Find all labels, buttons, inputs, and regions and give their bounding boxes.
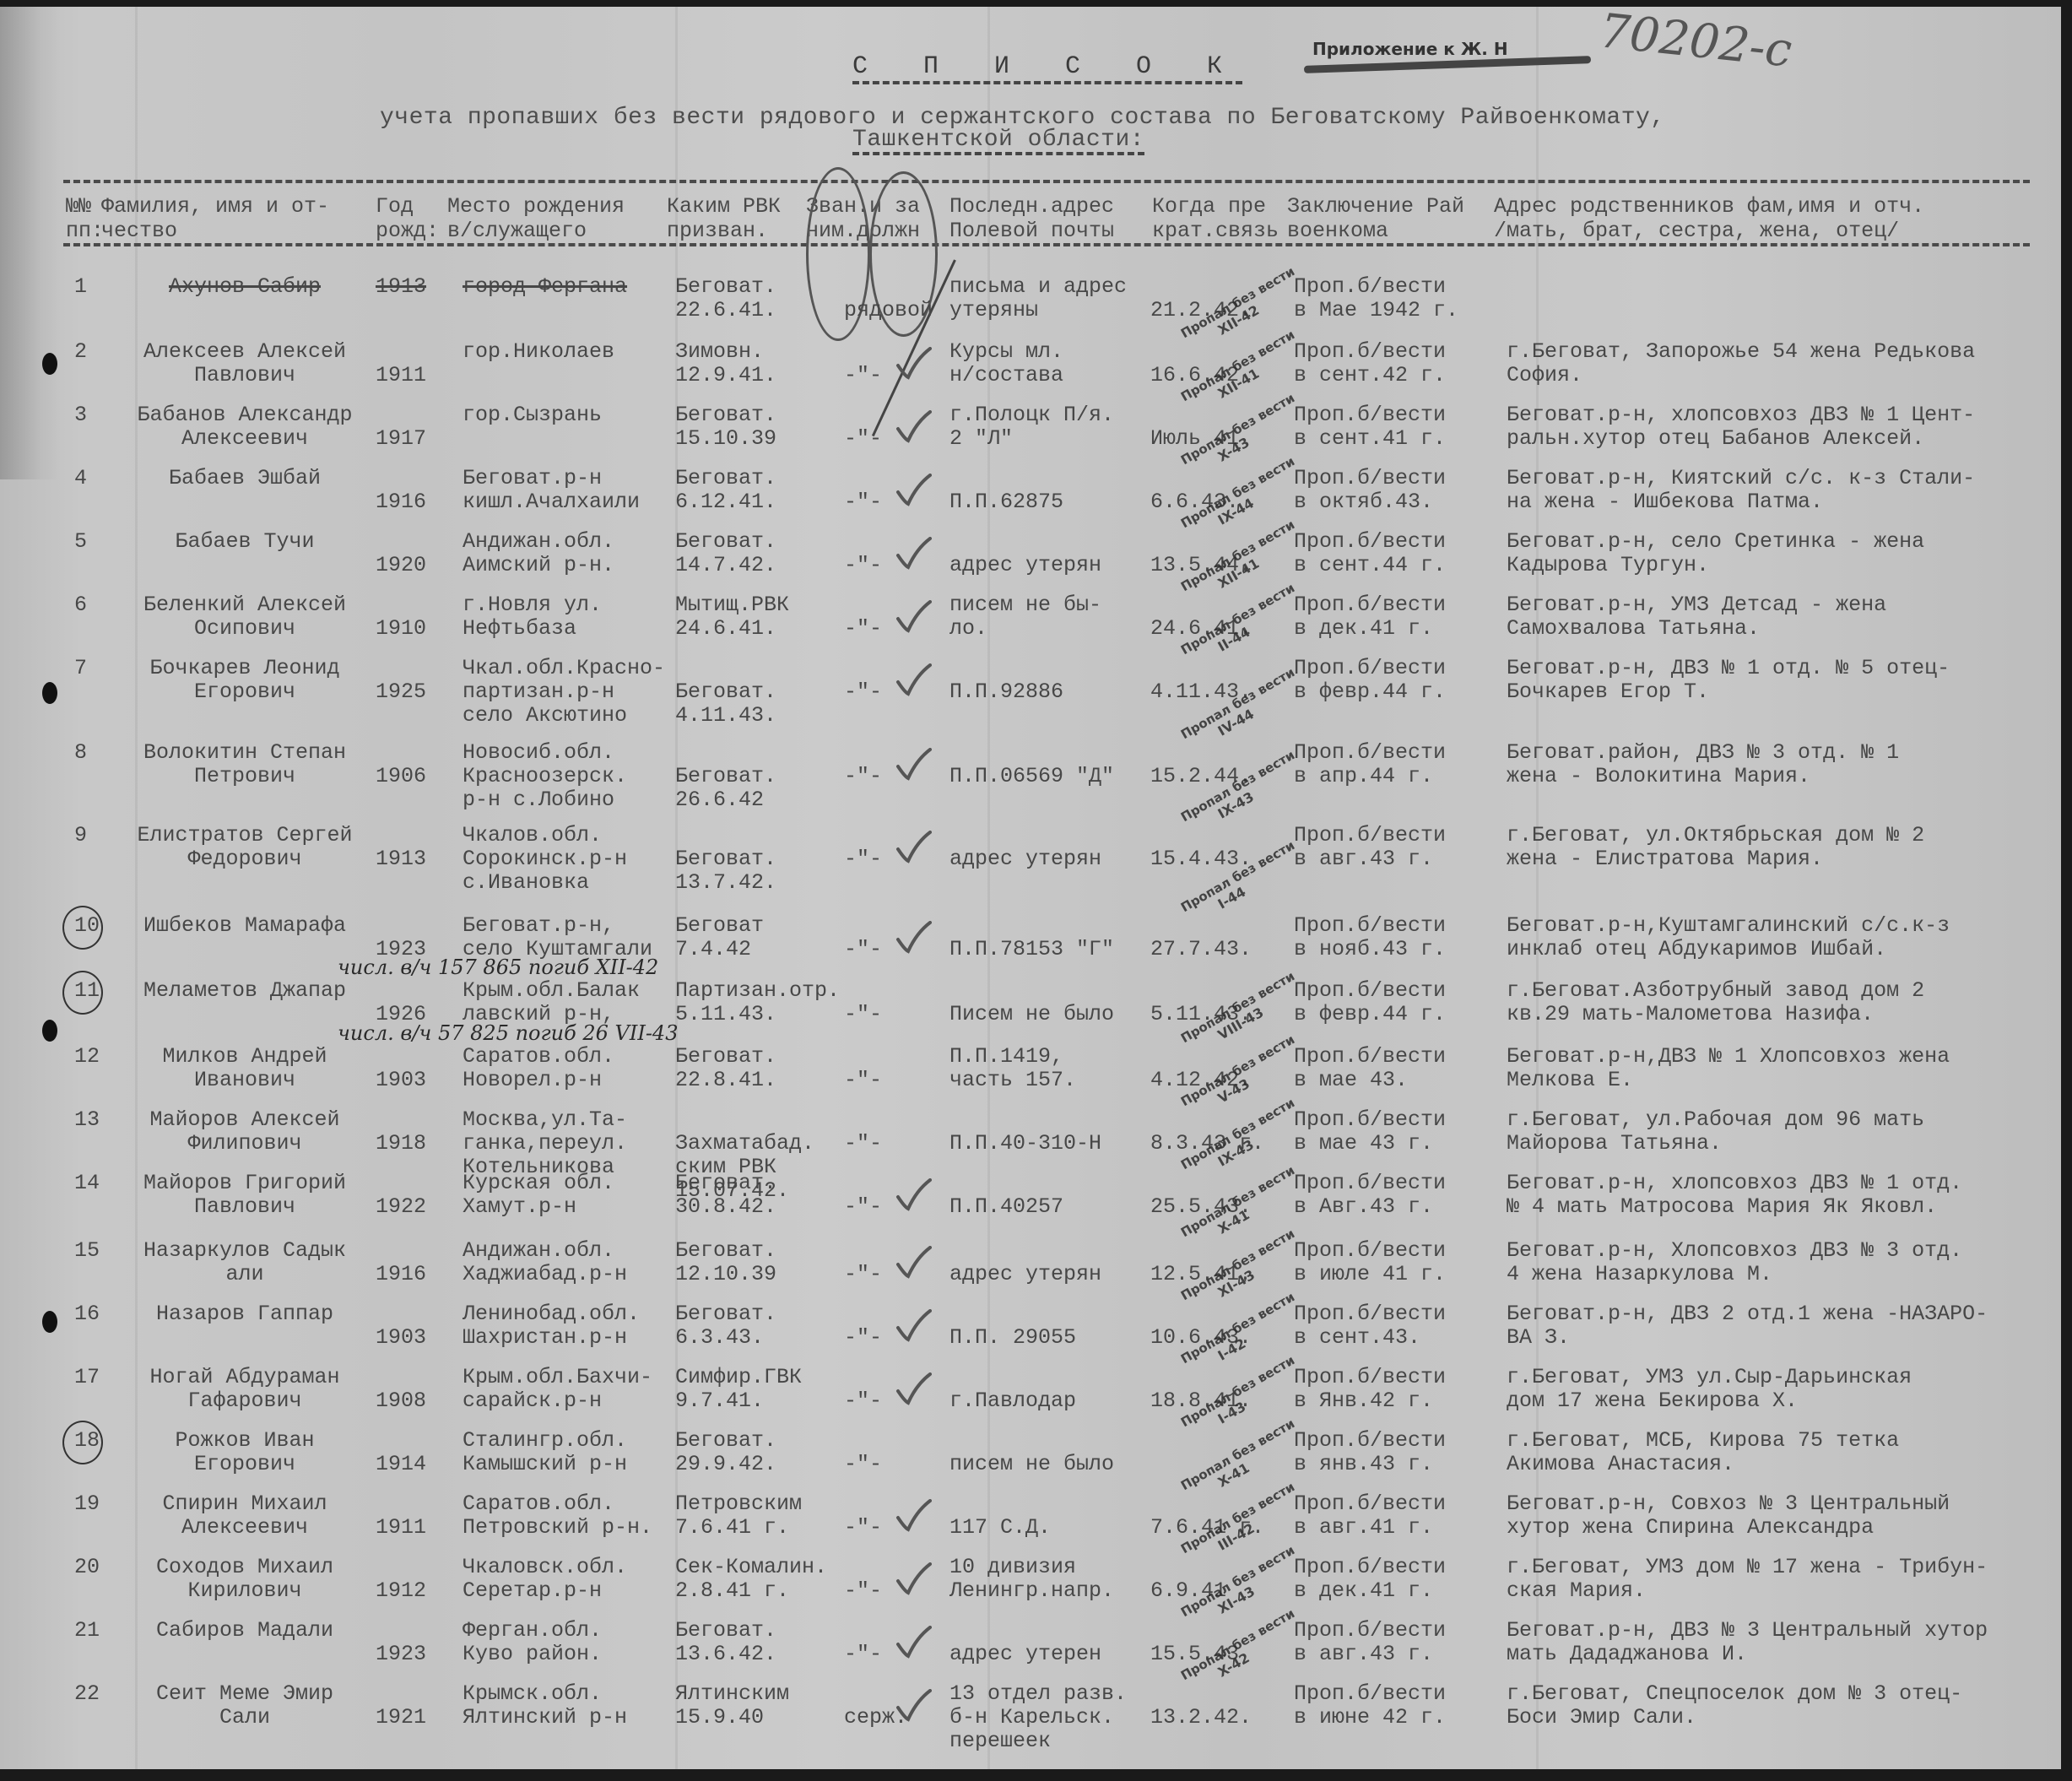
header-conclusion: Заключение Рай военкома bbox=[1287, 194, 1464, 243]
cell-birthplace: Крымск.обл. Ялтинский р-н bbox=[463, 1682, 627, 1730]
cell-year: 1914 bbox=[376, 1453, 426, 1476]
punch-hole bbox=[42, 1311, 57, 1333]
cell-last-address: П.П.40-310-Н bbox=[949, 1132, 1101, 1156]
cell-last-address: г.Полоцк П/я. 2 "Л" bbox=[949, 403, 1114, 451]
cell-birthplace: Крым.обл.Балак лавский р-н, bbox=[463, 979, 640, 1026]
checkmark-icon bbox=[895, 474, 932, 507]
cell-name: Сабиров Мадали bbox=[118, 1619, 371, 1643]
checkmark-icon bbox=[895, 1626, 932, 1659]
cell-year: 1920 bbox=[376, 554, 426, 577]
document-page: Приложение к Ж. Н 70202-с С П И С О К уч… bbox=[0, 7, 2061, 1769]
cell-year: 1918 bbox=[376, 1132, 426, 1156]
cell-year: 1903 bbox=[376, 1326, 426, 1350]
cell-last-address: П.П.1419, часть 157. bbox=[949, 1045, 1076, 1092]
cell-last-address: г.Павлодар bbox=[949, 1389, 1076, 1413]
cell-num: 15 bbox=[74, 1239, 100, 1263]
header-num: №№ пп: bbox=[66, 194, 104, 243]
cell-rvk: Беговат. 30.8.42. bbox=[675, 1172, 776, 1219]
cell-conclusion: Проп.б/вести в авг.41 г. bbox=[1294, 1492, 1446, 1540]
cell-rank: -"- bbox=[844, 847, 882, 871]
cell-rvk: Беговат. 6.12.41. bbox=[675, 467, 776, 514]
cell-last-address: 10 дивизия Ленингр.напр. bbox=[949, 1556, 1114, 1603]
row-number-circle bbox=[62, 1421, 103, 1464]
cell-name: Спирин Михаил Алексеевич bbox=[118, 1492, 371, 1540]
missing-stamp: Пропал без вестиIX-43 bbox=[1178, 747, 1306, 838]
cell-rvk: Беговат. 15.10.39 bbox=[675, 403, 776, 451]
cell-name: Алексеев Алексей Павлович bbox=[118, 340, 371, 387]
cell-year: 1923 bbox=[376, 1643, 426, 1666]
cell-rvk: Зимовн. 12.9.41. bbox=[675, 340, 776, 387]
cell-name: Меламетов Джапар bbox=[118, 979, 371, 1003]
cell-num: 16 bbox=[74, 1302, 100, 1326]
cell-birthplace: гор.Николаев bbox=[463, 340, 614, 364]
cell-last-address: письма и адрес утеряны bbox=[949, 275, 1127, 322]
cell-rvk: Беговат. 29.9.42. bbox=[675, 1429, 776, 1476]
checkmark-icon bbox=[895, 1499, 932, 1533]
checkmark-icon bbox=[895, 748, 932, 782]
cell-last-address: адрес утерян bbox=[949, 554, 1101, 577]
cell-rank: -"- bbox=[844, 765, 882, 788]
checkmark-icon bbox=[895, 537, 932, 571]
cell-name: Бабанов Александр Алексеевич bbox=[118, 403, 371, 451]
cell-relatives: Беговат.р-н, село Сретинка - жена Кадыро… bbox=[1507, 530, 1924, 577]
header-last-address: Последн.адрес Полевой почты bbox=[949, 194, 1114, 243]
checkmark-icon bbox=[895, 921, 932, 955]
cell-rank: -"- bbox=[844, 938, 882, 961]
cell-last-address: П.П.40257 bbox=[949, 1195, 1063, 1219]
cell-last-address: 13 отдел разв. б-н Карельск. перешеек bbox=[949, 1682, 1127, 1753]
cell-year: 1917 bbox=[376, 427, 426, 451]
cell-name: Ишбеков Мамарафа bbox=[118, 914, 371, 938]
cell-conclusion: Проп.б/вести в авг.43 г. bbox=[1294, 824, 1446, 871]
cell-last-address: П.П.78153 "Г" bbox=[949, 938, 1114, 961]
cell-rvk: Беговат. 6.3.43. bbox=[675, 1302, 776, 1350]
cell-relatives: Беговат.район, ДВЗ № 3 отд. № 1 жена - В… bbox=[1507, 741, 1899, 788]
cell-year: 1911 bbox=[376, 1516, 426, 1540]
cell-rank: -"- bbox=[844, 617, 882, 641]
cell-birthplace: Чкал.обл.Красно- партизан.р-н село Аксют… bbox=[463, 657, 665, 728]
cell-conclusion: Проп.б/вести в сент.44 г. bbox=[1294, 530, 1446, 577]
cell-name: Бочкарев Леонид Егорович bbox=[118, 657, 371, 704]
header-name: Фамилия, имя и от- чество bbox=[101, 194, 329, 243]
checkmark-icon bbox=[895, 1689, 932, 1723]
cell-num: 2 bbox=[74, 340, 87, 364]
header-rule-bottom bbox=[63, 243, 2030, 246]
cell-name: Бабаев Тучи bbox=[118, 530, 371, 554]
cell-rvk: Беговат. 22.6.41. bbox=[675, 275, 776, 322]
cell-rank: рядовой bbox=[844, 299, 933, 322]
cell-conclusion: Проп.б/вести в июле 41 г. bbox=[1294, 1239, 1446, 1286]
cell-relatives: г.Беговат, Запорожье 54 жена Редькова Со… bbox=[1507, 340, 1975, 387]
cell-relatives: г.Беговат, УМЗ дом № 17 жена - Трибун- с… bbox=[1507, 1556, 1988, 1603]
cell-year: 1908 bbox=[376, 1389, 426, 1413]
cell-birthplace: Ферган.обл. Куво район. bbox=[463, 1619, 602, 1666]
cell-birthplace: Беговат.р-н кишл.Ачалхаили bbox=[463, 467, 640, 514]
cell-year: 1925 bbox=[376, 680, 426, 704]
cell-year: 1916 bbox=[376, 1263, 426, 1286]
checkmark-icon bbox=[895, 663, 932, 697]
checkmark-icon bbox=[895, 831, 932, 864]
cell-name: Сеит Меме Эмир Сали bbox=[118, 1682, 371, 1730]
cell-year: 1910 bbox=[376, 617, 426, 641]
cell-num: 14 bbox=[74, 1172, 100, 1195]
cell-relatives: г.Беговат, Спецпоселок дом № 3 отец- Бос… bbox=[1507, 1682, 1962, 1730]
cell-year: 1912 bbox=[376, 1579, 426, 1603]
cell-rvk: Беговат. 12.10.39 bbox=[675, 1239, 776, 1286]
cell-name: Майоров Алексей Филипович bbox=[118, 1108, 371, 1156]
cell-rank: -"- bbox=[844, 1195, 882, 1219]
row-number-circle bbox=[62, 971, 103, 1015]
cell-relatives: Беговат.р-н,Куштамгалинский с/с.к-з инкл… bbox=[1507, 914, 1950, 961]
cell-rank: -"- bbox=[844, 364, 882, 387]
cell-rvk: Беговат. 4.11.43. bbox=[675, 680, 776, 728]
cell-birthplace: Сталингр.обл. Камышский р-н bbox=[463, 1429, 627, 1476]
cell-name: Беленкий Алексей Осипович bbox=[118, 593, 371, 641]
cell-conclusion: Проп.б/вести в мае 43. bbox=[1294, 1045, 1446, 1092]
cell-num: 19 bbox=[74, 1492, 100, 1516]
cell-num: 12 bbox=[74, 1045, 100, 1069]
cell-rvk: Симфир.ГВК 9.7.41. bbox=[675, 1366, 802, 1413]
cell-relatives: г.Беговат, УМЗ ул.Сыр-Дарьинская дом 17 … bbox=[1507, 1366, 1912, 1413]
cell-conclusion: Проп.б/вести в сент.43. bbox=[1294, 1302, 1446, 1350]
punch-hole bbox=[42, 682, 57, 704]
header-year: Год рожд: bbox=[376, 194, 439, 243]
cell-conclusion: Проп.б/вести в сент.41 г. bbox=[1294, 403, 1446, 451]
cell-last-address: писем не бы- ло. bbox=[949, 593, 1101, 641]
cell-birthplace: Чкаловск.обл. Серетар.р-н bbox=[463, 1556, 627, 1603]
cell-rank: -"- bbox=[844, 1453, 882, 1476]
cell-birthplace: гор.Сызрань bbox=[463, 403, 602, 427]
cell-conclusion: Проп.б/вести в октяб.43. bbox=[1294, 467, 1446, 514]
cell-rvk: Партизан.отр. 5.11.43. bbox=[675, 979, 840, 1026]
cell-rank: -"- bbox=[844, 680, 882, 704]
cell-conclusion: Проп.б/вести в февр.44 г. bbox=[1294, 657, 1446, 704]
cell-num: 4 bbox=[74, 467, 87, 490]
cell-rvk: Сек-Комалин. 2.8.41 г. bbox=[675, 1556, 827, 1603]
handwritten-note: числ. в/ч 157 865 погиб XII-42 bbox=[338, 955, 658, 979]
cell-last-address: 117 С.Д. bbox=[949, 1516, 1051, 1540]
cell-relatives: г.Беговат, ул.Октябрьская дом № 2 жена -… bbox=[1507, 824, 1924, 871]
cell-rank: -"- bbox=[844, 1516, 882, 1540]
cell-last-address: Писем не было bbox=[949, 1003, 1114, 1026]
checkmark-icon bbox=[895, 1372, 932, 1406]
cell-rank: -"- bbox=[844, 1579, 882, 1603]
cell-rvk: Беговат. 13.6.42. bbox=[675, 1619, 776, 1666]
cell-conclusion: Проп.б/вести в нояб.43 г. bbox=[1294, 914, 1446, 961]
cell-name: Майоров Григорий Павлович bbox=[118, 1172, 371, 1219]
cell-year: 1906 bbox=[376, 765, 426, 788]
cell-rvk: Беговат. 13.7.42. bbox=[675, 847, 776, 895]
cell-birthplace: Чкалов.обл. Сорокинск.р-н с.Ивановка bbox=[463, 824, 627, 895]
cell-name: Назаркулов Садык али bbox=[118, 1239, 371, 1286]
cell-last-address: адрес утерян bbox=[949, 1263, 1101, 1286]
cell-name: Волокитин Степан Петрович bbox=[118, 741, 371, 788]
cell-relatives: Беговат.р-н, ДВЗ 2 отд.1 жена -НАЗАРО- В… bbox=[1507, 1302, 1988, 1350]
cell-year: 1922 bbox=[376, 1195, 426, 1219]
cell-last-address: П.П.92886 bbox=[949, 680, 1063, 704]
cell-year: 1913 bbox=[376, 847, 426, 871]
cell-conclusion: Проп.б/вести в дек.41 г. bbox=[1294, 1556, 1446, 1603]
cell-birthplace: Ленинобад.обл. Шахристан.р-н bbox=[463, 1302, 640, 1350]
cell-last-address: адрес утерен bbox=[949, 1643, 1101, 1666]
cell-rvk: Беговат 7.4.42 bbox=[675, 914, 764, 961]
punch-hole bbox=[42, 1020, 57, 1042]
cell-relatives: Беговат.р-н, УМЗ Детсад - жена Самохвало… bbox=[1507, 593, 1886, 641]
document-region: Ташкентской области: bbox=[852, 127, 1144, 155]
cell-birthplace: Курская обл. Хамут.р-н bbox=[463, 1172, 614, 1219]
cell-conclusion: Проп.б/вести в апр.44 г. bbox=[1294, 741, 1446, 788]
cell-num: 17 bbox=[74, 1366, 100, 1389]
header-relatives: Адрес родственников фам,имя и отч. /мать… bbox=[1494, 194, 1924, 243]
cell-year: 1916 bbox=[376, 490, 426, 514]
cell-rvk: Беговат. 26.6.42 bbox=[675, 765, 776, 812]
cell-birthplace: г.Новля ул. Нефтьбаза bbox=[463, 593, 602, 641]
cell-birthplace: город Фергана bbox=[463, 275, 627, 299]
cell-rvk: Беговат. 22.8.41. bbox=[675, 1045, 776, 1092]
cell-relatives: Беговат.р-н, хлопсовхоз ДВЗ № 1 Цент- ра… bbox=[1507, 403, 1975, 451]
cell-rank: -"- bbox=[844, 490, 882, 514]
cell-num: 3 bbox=[74, 403, 87, 427]
cell-relatives: г.Беговат, ул.Рабочая дом 96 мать Майоро… bbox=[1507, 1108, 1924, 1156]
cell-conclusion: Проп.б/вести в Янв.42 г. bbox=[1294, 1366, 1446, 1413]
cell-name: Ахунов Сабир bbox=[118, 275, 371, 299]
cell-relatives: Беговат.р-н, Совхоз № 3 Центральный хуто… bbox=[1507, 1492, 1950, 1540]
cell-relatives: Беговат.р-н, Хлопсовхоз ДВЗ № 3 отд. 4 ж… bbox=[1507, 1239, 1962, 1286]
cell-name: Соходов Михаил Кирилович bbox=[118, 1556, 371, 1603]
cell-year: 1913 bbox=[376, 275, 426, 299]
cell-num: 9 bbox=[74, 824, 87, 847]
checkmark-icon bbox=[895, 1246, 932, 1280]
cell-rank: -"- bbox=[844, 1643, 882, 1666]
cell-birthplace: Москва,ул.Та- ганка,переул. Котельникова bbox=[463, 1108, 627, 1179]
cell-year: 1911 bbox=[376, 364, 426, 387]
cell-last-address: писем не было bbox=[949, 1453, 1114, 1476]
cell-rank: -"- bbox=[844, 1263, 882, 1286]
cell-conclusion: Проп.б/вести в янв.43 г. bbox=[1294, 1429, 1446, 1476]
cell-num: 22 bbox=[74, 1682, 100, 1706]
cell-conclusion: Проп.б/вести в мае 43 г. bbox=[1294, 1108, 1446, 1156]
cell-name: Бабаев Эшбай bbox=[118, 467, 371, 490]
cell-last-address: П.П.62875 bbox=[949, 490, 1063, 514]
checkmark-icon bbox=[895, 347, 932, 381]
cell-conclusion: Проп.б/вести в авг.43 г. bbox=[1294, 1619, 1446, 1666]
header-birthplace: Место рождения в/служащего bbox=[447, 194, 625, 243]
cell-relatives: Беговат.р-н, ДВЗ № 3 Центральный хутор м… bbox=[1507, 1619, 1988, 1666]
cell-last-address: адрес утерян bbox=[949, 847, 1101, 871]
cell-name: Милков Андрей Иванович bbox=[118, 1045, 371, 1092]
cell-rvk: Ялтинским 15.9.40 bbox=[675, 1682, 789, 1730]
cell-rvk: Петровским 7.6.41 г. bbox=[675, 1492, 802, 1540]
cell-contact-ceased: 13.2.42. bbox=[1150, 1706, 1252, 1730]
header-rule-top bbox=[63, 180, 2030, 183]
row-number-circle bbox=[62, 906, 103, 950]
cell-num: 8 bbox=[74, 741, 87, 765]
cell-contact-ceased: 27.7.43. bbox=[1150, 938, 1252, 961]
cell-birthplace: Саратов.обл. Петровский р-н. bbox=[463, 1492, 652, 1540]
cell-relatives: Беговат.р-н, ДВЗ № 1 отд. № 5 отец- Бочк… bbox=[1507, 657, 1950, 704]
fold-line bbox=[987, 7, 990, 1769]
cell-birthplace: Андижан.обл. Аимский р-н. bbox=[463, 530, 614, 577]
cell-rank: -"- bbox=[844, 1069, 882, 1092]
cell-last-address: П.П. 29055 bbox=[949, 1326, 1076, 1350]
cell-rank: -"- bbox=[844, 554, 882, 577]
checkmark-icon bbox=[895, 410, 932, 444]
cell-conclusion: Проп.б/вести в июне 42 г. bbox=[1294, 1682, 1446, 1730]
missing-stamp: Пропал без вестиIV-44 bbox=[1178, 664, 1306, 755]
archive-stamp: Приложение к Ж. Н bbox=[1312, 39, 1508, 59]
torn-edge bbox=[0, 7, 59, 479]
cell-conclusion: Проп.б/вести в февр.44 г. bbox=[1294, 979, 1446, 1026]
cell-last-address: П.П.06569 "Д" bbox=[949, 765, 1114, 788]
cell-rvk: Мытищ.РВК 24.6.41. bbox=[675, 593, 789, 641]
cell-birthplace: Беговат.р-н, село Куштамгали bbox=[463, 914, 652, 961]
checkmark-icon bbox=[895, 600, 932, 634]
handwritten-note: числ. в/ч 57 825 погиб 26 VII-43 bbox=[338, 1021, 678, 1045]
cell-name: Елистратов Сергей Федорович bbox=[118, 824, 371, 871]
checkmark-icon bbox=[895, 1178, 932, 1212]
cell-num: 5 bbox=[74, 530, 87, 554]
cell-year: 1921 bbox=[376, 1706, 426, 1730]
cell-relatives: г.Беговат.Азботрубный завод дом 2 кв.29 … bbox=[1507, 979, 1924, 1026]
cell-year: 1903 bbox=[376, 1069, 426, 1092]
header-contact-ceased: Когда пре крат.связь bbox=[1152, 194, 1279, 243]
cell-relatives: Беговат.р-н, хлопсовхоз ДВЗ № 1 отд. № 4… bbox=[1507, 1172, 1962, 1219]
cell-rank: -"- bbox=[844, 1003, 882, 1026]
cell-last-address: Курсы мл. н/состава bbox=[949, 340, 1063, 387]
archive-number: 70202-с bbox=[1597, 3, 1794, 78]
cell-birthplace: Новосиб.обл. Красноозерск. р-н с.Лобино bbox=[463, 741, 627, 812]
cell-birthplace: Андижан.обл. Хаджиабад.р-н bbox=[463, 1239, 627, 1286]
cell-rvk: Беговат. 14.7.42. bbox=[675, 530, 776, 577]
cell-name: Ногай Абдураман Гафарович bbox=[118, 1366, 371, 1413]
cell-num: 1 bbox=[74, 275, 87, 299]
cell-num: 21 bbox=[74, 1619, 100, 1643]
cell-relatives: г.Беговат, МСБ, Кирова 75 тетка Акимова … bbox=[1507, 1429, 1899, 1476]
cell-num: 20 bbox=[74, 1556, 100, 1579]
checkmark-icon bbox=[895, 1309, 932, 1343]
cell-num: 13 bbox=[74, 1108, 100, 1132]
punch-hole bbox=[42, 353, 57, 375]
cell-relatives: Беговат.р-н, Киятский с/с. к-з Стали- на… bbox=[1507, 467, 1975, 514]
cell-conclusion: Проп.б/вести в дек.41 г. bbox=[1294, 593, 1446, 641]
cell-num: 6 bbox=[74, 593, 87, 617]
header-rvk: Каким РВК призван. bbox=[667, 194, 781, 243]
cell-conclusion: Проп.б/вести в сент.42 г. bbox=[1294, 340, 1446, 387]
cell-conclusion: Проп.б/вести в Мае 1942 г. bbox=[1294, 275, 1458, 322]
cell-rank: -"- bbox=[844, 1389, 882, 1413]
cell-birthplace: Крым.обл.Бахчи- сарайск.р-н bbox=[463, 1366, 652, 1413]
cell-conclusion: Проп.б/вести в Авг.43 г. bbox=[1294, 1172, 1446, 1219]
cell-rank: -"- bbox=[844, 427, 882, 451]
cell-relatives: Беговат.р-н,ДВЗ № 1 Хлопсовхоз жена Мелк… bbox=[1507, 1045, 1950, 1092]
cell-name: Назаров Гаппар bbox=[118, 1302, 371, 1326]
cell-birthplace: Саратов.обл. Новорел.р-н bbox=[463, 1045, 614, 1092]
cell-num: 7 bbox=[74, 657, 87, 680]
document-title: С П И С О К bbox=[852, 55, 1242, 84]
cell-rank: -"- bbox=[844, 1326, 882, 1350]
cell-rank: -"- bbox=[844, 1132, 882, 1156]
checkmark-icon bbox=[895, 1562, 932, 1596]
cell-name: Рожков Иван Егорович bbox=[118, 1429, 371, 1476]
